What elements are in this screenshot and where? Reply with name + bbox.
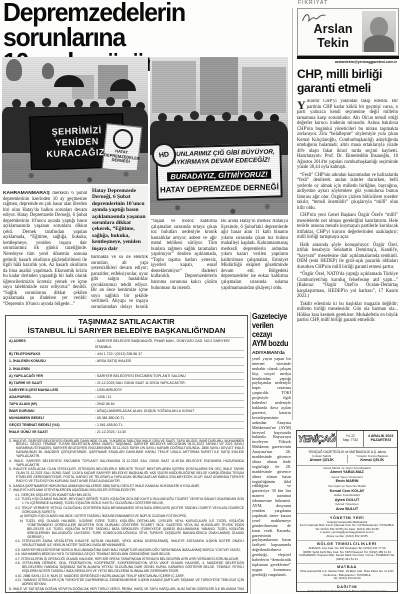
imprint-roles: Genel Müdür ve Yayın Koordinatörü Ahmet …: [297, 467, 397, 512]
announcement-row-value: [95, 366, 244, 372]
announcement-table-row: 1- İHALENİN KONUSUARSA SATIŞ İHALESİ: [9, 357, 244, 364]
announcement-table-row: GEÇİCİ TEMİNAT BEDELİ (%3)1.961.455,50-T…: [9, 421, 244, 428]
columnist-box: Arslan Tekin: [297, 8, 399, 56]
imprint-bolge: BÖLGE TEMSİLCİLİKLERİ ANKARA: Anıt Cad. …: [297, 540, 397, 562]
columnist-name: Arslan Tekin: [304, 23, 362, 50]
announcement-row-value: 21.12.2023 SALI GÜNÜ SAAT 11:30'DA YAPIL…: [95, 380, 244, 386]
announcement-table-row: SARIYER İLÇESİ MAHALLESİUSKUMRUKÖY: [9, 386, 244, 393]
column-divider: [250, 312, 251, 594]
protest-photo-left: ŞEHRİMİZİ YENİDEN KURACAĞIZ! HATAY DEPRE…: [2, 57, 148, 184]
association-logo: HATAY DEPREMZEDELER DERNEĞİ: [102, 123, 143, 173]
story-text: merkezli 6 Şubat depremlerinin üzerinden…: [3, 191, 87, 307]
story-lead-word: KAHRAMANMARAŞ: [3, 191, 50, 196]
announcement-row-value: SARIYER BELEDİYESİ ENCÜMEN TOPLANTI SALO…: [95, 373, 244, 379]
imprint-issue: Yıl: 22 Sayı: 7742: [336, 431, 363, 447]
imprint-imtiyaz: İmtiyaz Sahibi Ahmet ÇELİK: [297, 455, 347, 463]
banner-text: BURADAYIZ, GİTMİYORUZ!: [167, 170, 271, 182]
announcement-clause: 8- İHALE VE SATIŞTAN DOĞAN VE/VEYA DOĞAC…: [9, 588, 244, 593]
announcement-table-row: 2- İHALENİN: [9, 365, 244, 372]
columnist-rule: [297, 56, 399, 59]
story-column-4: Bu arada Hatay'ın merkez Antakya ilçesin…: [221, 219, 288, 310]
announcement-row-label: B) TARİHİ VE SAATİ: [9, 380, 95, 386]
announcement-table-row: B) TARİHİ VE SAATİ21.12.2023 SALI GÜNÜ S…: [9, 379, 244, 386]
announcement-table-row: TAPU ALANI (M²)2942.06 M²: [9, 400, 244, 407]
announcement-row-label: GEÇİCİ TEMİNAT BEDELİ (%3): [9, 422, 95, 428]
announcement-table-row: A) ADRESSARIYER BELEDİYE BAŞKANLIĞI, PIN…: [9, 337, 244, 350]
announcement-row-label: MUHAMMEN BEDELİ: [9, 415, 95, 421]
imprint-matbaa: MATBAA İhlas Gazetecilik A.Ş. Merkez Mah…: [297, 563, 397, 581]
imprint-role: Yazı İşleri ve Sorumlu Müdür Kemal Cem K…: [297, 485, 397, 493]
announcement-row-value: 1435 / 11: [95, 394, 244, 400]
imprint-box: YENİÇAĞ Yıl: 22 Sayı: 7742 4 ARALIK 2023…: [296, 430, 398, 592]
protest-photo-right: SORUNLARIMIZ ÇIĞ GİBİ BÜYÜYOR, HAYKIRMAY…: [150, 57, 288, 215]
imprint-role: Haber Koordinatörü Ayten DOLUT: [297, 494, 397, 502]
announcement-row-label: TAPU ALANI (M²): [9, 401, 95, 407]
imprint-role: Genel Müdür ve Yayın Koordinatörü Ahmet …: [297, 467, 397, 475]
announcement-clause: b) TÜZEL KİŞİ OLMASI HALİNDE; İLGİSİNE G…: [20, 520, 244, 540]
announcement-row-label: B) TELEFON/FAKS: [9, 351, 95, 357]
columnist-photo-shoulders: [364, 35, 394, 52]
announcement-row-label: 1- İHALENİN KONUSU: [9, 358, 95, 364]
announcement-table-row: İMAR DURUMUAĞAÇLANDIRILACAK ALAN, DÜŞÜK …: [9, 407, 244, 414]
imprint-role: Genel Yayın Yönetmeni Emin MARIN: [297, 476, 397, 484]
announcement-row-value: 2942.06 M²: [95, 401, 244, 407]
story-column-2: barınakta ve su ile elektrik sorunları, …: [91, 255, 148, 310]
imprint-date: 4 ARALIK 2023 PAZARTESİ: [363, 431, 397, 447]
announcement-row-label: A) YAPILACAĞI YER: [9, 373, 95, 379]
announcement-row-value: 21.12.2023 / 11:30: [95, 429, 244, 435]
tree-silhouette: [6, 59, 22, 81]
main-headline-line1: Depremzedelerin sorunlarına: [3, 0, 288, 50]
tree-silhouette: [42, 63, 54, 79]
column-divider: [292, 8, 293, 420]
imprint-company: YENİÇAĞ GAZETECİLİK ve MATBAACILIK A.Ş. …: [297, 450, 397, 454]
announcement-row-value: SARIYER BELEDİYE BAŞKANLIĞI, PINAR MAH.,…: [95, 338, 244, 350]
announcement-row-value: ARSA SATIŞ İHALESİ: [95, 358, 244, 364]
announcement-row-value: 65.381.850,00-TL: [95, 415, 244, 421]
imprint-line: Abone ve İlan: (0212) 452 40 85: [297, 535, 397, 539]
announcement-subtitle: İSTANBUL İLİ SARIYER BELEDİYE BAŞKANLIĞI…: [9, 327, 244, 336]
imprint-header-row: YENİÇAĞ Yıl: 22 Sayı: 7742 4 ARALIK 2023…: [297, 431, 397, 448]
imprint-yk: Yönetim Kurulu Başkanı Kemal ÇELİK: [347, 455, 398, 463]
columnist-photo: [362, 11, 396, 52]
announcement-table: A) ADRESSARIYER BELEDİYE BAŞKANLIĞI, PIN…: [9, 337, 244, 435]
announcement-row-label: ADA/PARSEL: [9, 394, 95, 400]
announcement-row-label: İHALE GÜNÜ VE SAATİ: [9, 429, 95, 435]
imprint-yonetim: YÖNETİM YERİ Yeniçağ Gazetecilik Matbaac…: [297, 513, 397, 538]
columnist-body: Yıllardır CHP'yi yakından takip ederim. …: [297, 99, 398, 425]
columnist-photo-head: [370, 17, 388, 37]
imprint-role: Görsel Yönetmen Arzu BULUT: [297, 503, 397, 511]
announcement-clause: 4.8. İSTEKLİNİN DERNEK, ODA, FEDERASYON,…: [15, 562, 244, 574]
building-silhouette: [242, 67, 286, 113]
columnist-paragraph: “Özgür Özel, NATO'da yaptığı açıklamada …: [297, 272, 398, 300]
announcement-row-value: 1.961.455,50-TL: [95, 422, 244, 428]
pull-quote: Hatay Depremzede Derneği, 6 Şubat deprem…: [90, 186, 148, 252]
imprint-owners: İmtiyaz Sahibi Ahmet ÇELİK Yönetim Kurul…: [297, 454, 397, 466]
newspaper-page: Depremzedelerin sorunlarına 10 aydır çöz…: [0, 0, 400, 594]
imprint-line: KARADENİZ: Kaşüstü Mah. Devlet Sahil Yol…: [297, 554, 397, 561]
announcement-row-label: İMAR DURUMU: [9, 408, 95, 414]
announcement-row-label: A) ADRES: [9, 338, 95, 350]
columnist-paragraph: Halk arasında şöyle konuşuluyor: Özgür Ö…: [297, 243, 398, 271]
announcement-row-label: 2- İHALENİN: [9, 366, 95, 372]
auction-announcement: TAŞINMAZ SATILACAKTIR İSTANBUL İLİ SARIY…: [5, 315, 248, 593]
columnist-paragraph: Yıllardır CHP'yi yakından takip ederim. …: [297, 99, 398, 171]
aym-headline: Gazeteciye verilen cezayı AYM bozdu: [252, 312, 291, 348]
umbrella: [110, 79, 136, 91]
announcement-row-value: USKUMRUKÖY: [95, 387, 244, 393]
logo-ring-icon: [112, 128, 134, 150]
announcement-table-row: İHALE GÜNÜ VE SAATİ21.12.2023 / 11:30: [9, 428, 244, 435]
newspaper-logo: YENİÇAĞ: [297, 431, 336, 447]
announcement-row-label: SARIYER İLÇESİ MAHALLESİ: [9, 387, 95, 393]
drop-cap: Y: [297, 99, 307, 110]
story-column-1: KAHRAMANMARAŞ merkezli 6 Şubat depremler…: [3, 191, 87, 310]
imprint-line: Tel: (0212) 454 30 00: [297, 577, 397, 581]
announcement-table-row: ADA/PARSEL1435 / 11: [9, 393, 244, 400]
aym-story: Gazeteciye verilen cezayı AYM bozdu ADIY…: [252, 312, 291, 594]
announcement-table-row: A) YAPILACAĞI YERSARIYER BELEDİYESİ ENCÜ…: [9, 372, 244, 379]
columnist-paragraphs: “Fesli” CHP'nin adından kazınmadan ve ha…: [297, 173, 398, 324]
ground: [150, 203, 288, 215]
columnist-kicker: FİKRİYAT: [298, 0, 394, 6]
columnist-paragraph: “Fesli” CHP'nin adından kazınmadan ve ha…: [297, 173, 398, 212]
announcement-clause: 5- İHALEYE KATILACAK OLAN İSTEKLİLER, İS…: [9, 468, 244, 484]
banner-text: HATAY DEPREMZEDE DERNEĞİ: [158, 182, 280, 194]
aym-body: ADIYAMAN'da yerel yayın yapan bir intern…: [252, 351, 291, 578]
columnist-title: CHP, milli birliği garanti etmeli: [297, 68, 397, 95]
story-column-3: “İnşaat ve moloz kaldırma çalışmaları sı…: [151, 219, 217, 310]
imprint-line: Turkuvaz Dağıtım Pazarlama A.Ş. Basın da…: [297, 590, 397, 592]
columnist-paragraph: CHP'nin yeni Genel Başkanı Özgür Özel'e …: [297, 213, 398, 241]
columnist-email: arslantekin@yenicaggazetesi.com.tr: [297, 60, 397, 64]
announcement-clauses: 3- İHALEYE; SARIYER BELEDİYESİ SINIRLARI…: [9, 438, 244, 594]
building-silhouette: [152, 61, 196, 113]
announcement-row-value: AĞAÇLANDIRILACAK ALAN, DÜŞÜK YOĞUNLUKLU …: [95, 408, 244, 414]
imprint-dagitim: DAĞITIM Turkuvaz Dağıtım Pazarlama A.Ş. …: [297, 582, 397, 592]
announcement-table-row: MUHAMMEN BEDELİ65.381.850,00-TL: [9, 414, 244, 421]
announcement-clause: 3- İHALEYE; SARIYER BELEDİYESİ SINIRLARI…: [9, 440, 244, 460]
announcement-row-value: 444 1 722 / (0212) 336 86 37: [95, 351, 244, 357]
association-logo-text: HATAY DEPREMZEDELER DERNEĞİ: [103, 148, 138, 165]
building-silhouette: [200, 57, 238, 115]
ground: [2, 170, 148, 184]
announcement-table-row: B) TELEFON/FAKS444 1 722 / (0212) 336 86…: [9, 350, 244, 357]
columnist-paragraph: Takdir edersiniz ki bu başlıklar magazin…: [297, 302, 398, 324]
